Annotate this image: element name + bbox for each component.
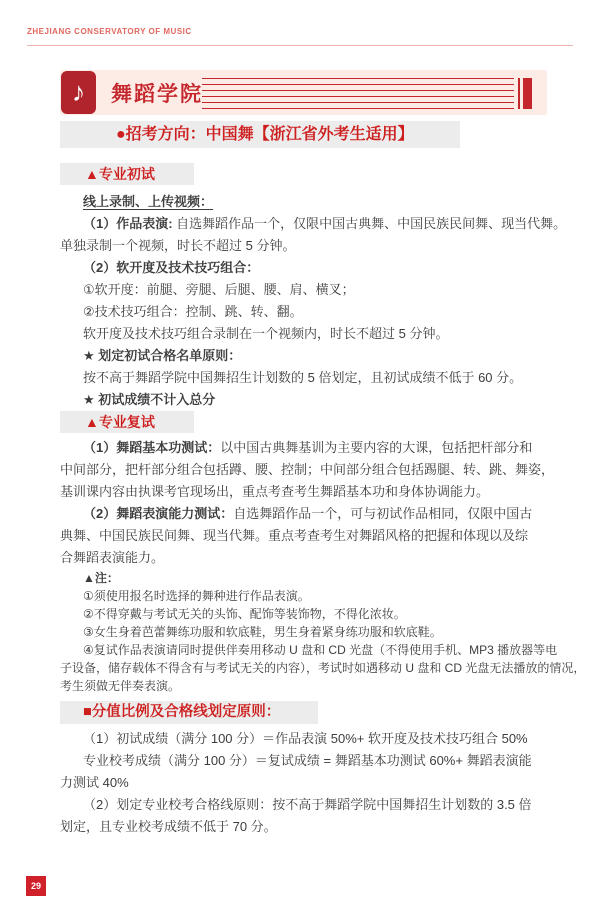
text-segment: ④复试作品表演请同时提供伴奏用移动 U 盘和 CD 光盘（不得使用手机、MP3 … [83, 643, 557, 657]
text-segment: 划定，且专业校考成绩不低于 70 分。 [60, 819, 277, 834]
text-line: 中间部分，把杆部分组合包括蹲、腰、控制；中间部分组合包括踢腿、转、跳、舞姿， [60, 459, 576, 481]
text-line: （1）作品表演: 自选舞蹈作品一个，仅限中国古典舞、中国民族民间舞、现当代舞。 [60, 213, 576, 235]
text-line: ①软开度：前腿、旁腿、后腿、腰、肩、横叉； [60, 279, 576, 301]
text-segment: （2）软开度及技术技巧组合： [83, 260, 259, 275]
text-line: 划定，且专业校考成绩不低于 70 分。 [60, 816, 576, 838]
text-segment: ①须使用报名时选择的舞种进行作品表演。 [83, 589, 310, 603]
text-segment: （2）划定专业校考合格线原则：按不高于舞蹈学院中国舞招生计划数的 3.5 倍 [83, 797, 532, 812]
page-number-badge: 29 [26, 876, 46, 896]
text-segment: （1）初试成绩（满分 100 分）＝作品表演 50%+ 软开度及技术技巧组合 5… [83, 731, 528, 746]
text-segment: 单独录制一个视频，时长不超过 5 分钟。 [60, 238, 295, 253]
text-segment: 考生须做无伴奏表演。 [60, 679, 180, 693]
text-line: ▲注： [60, 569, 576, 587]
section-heading: ▲专业复试 [60, 411, 194, 433]
text-segment: ②技术技巧组合：控制、跳、转、翻。 [83, 304, 303, 319]
text-line: 线上录制、上传视频： [60, 191, 576, 213]
text-segment: 合舞蹈表演能力。 [60, 550, 164, 565]
text-segment: 软开度及技术技巧组合录制在一个视频内，时长不超过 5 分钟。 [83, 326, 448, 341]
department-banner: ♪ 舞蹈学院 [60, 70, 547, 115]
header-divider [27, 45, 573, 46]
text-segment: 以中国古典舞基训为主要内容的大课，包括把杆部分和 [220, 440, 532, 455]
text-line: （2）软开度及技术技巧组合： [60, 257, 576, 279]
content-blocks: ●招考方向：中国舞【浙江省外考生适用】▲专业初试线上录制、上传视频： （1）作品… [60, 121, 576, 838]
section-heading: ■分值比例及合格线划定原则： [60, 701, 318, 724]
text-segment: ▲注： [83, 571, 119, 585]
text-line: 按不高于舞蹈学院中国舞招生计划数的 5 倍划定，且初试成绩不低于 60 分。 [60, 367, 576, 389]
text-segment: 典舞、中国民族民间舞、现当代舞。重点考查考生对舞蹈风格的把握和体现以及综 [60, 528, 528, 543]
text-line: 专业校考成绩（满分 100 分）＝复试成绩 = 舞蹈基本功测试 60%+ 舞蹈表… [60, 750, 576, 772]
text-line: ③女生身着芭蕾舞练功服和软底鞋，男生身着紧身练功服和软底鞋。 [60, 623, 576, 641]
text-line: ④复试作品表演请同时提供伴奏用移动 U 盘和 CD 光盘（不得使用手机、MP3 … [60, 641, 576, 659]
staff-lines-decoration [202, 78, 514, 109]
text-segment: ③女生身着芭蕾舞练功服和软底鞋，男生身着紧身练功服和软底鞋。 [83, 625, 442, 639]
text-line: 考生须做无伴奏表演。 [60, 677, 576, 695]
music-note-glyph: ♪ [61, 71, 96, 114]
text-segment: 自选舞蹈作品一个，仅限中国古典舞、中国民族民间舞、现当代舞。 [173, 216, 567, 231]
text-segment: 子设备，储存载体不得含有与考试无关的内容），考试时如遇移动 U 盘和 CD 光盘… [60, 661, 585, 675]
staff-thin-bar [518, 78, 520, 109]
text-segment: ①软开度：前腿、旁腿、后腿、腰、肩、横叉； [83, 282, 355, 297]
department-title: 舞蹈学院 [111, 78, 203, 108]
text-line: 力测试 40% [60, 772, 576, 794]
text-segment: ②不得穿戴与考试无关的头饰、配饰等装饰物，不得化浓妆。 [83, 607, 406, 621]
text-line: 单独录制一个视频，时长不超过 5 分钟。 [60, 235, 576, 257]
text-line: ②不得穿戴与考试无关的头饰、配饰等装饰物，不得化浓妆。 [60, 605, 576, 623]
text-segment: 专业校考成绩（满分 100 分）＝复试成绩 = 舞蹈基本功测试 60%+ 舞蹈表… [83, 753, 532, 768]
text-line: 合舞蹈表演能力。 [60, 547, 576, 569]
section-heading: ▲专业初试 [60, 163, 194, 185]
text-segment: ★ 初试成绩不计入总分 [83, 392, 215, 407]
text-segment: 力测试 40% [60, 775, 129, 790]
text-line: （1）舞蹈基本功测试：以中国古典舞基训为主要内容的大课，包括把杆部分和 [60, 437, 576, 459]
text-line: （1）初试成绩（满分 100 分）＝作品表演 50%+ 软开度及技术技巧组合 5… [60, 728, 576, 750]
text-segment: （1）作品表演: [83, 216, 173, 231]
staff-thick-bar [523, 78, 532, 109]
brand-text: ZHEJIANG CONSERVATORY OF MUSIC [27, 27, 192, 36]
text-line: ★ 初试成绩不计入总分 [60, 389, 576, 411]
text-line: 基训课内容由执课考官现场出，重点考查考生舞蹈基本功和身体协调能力。 [60, 481, 576, 503]
text-segment: ★ 划定初试合格名单原则： [83, 348, 241, 363]
text-line: 典舞、中国民族民间舞、现当代舞。重点考查考生对舞蹈风格的把握和体现以及综 [60, 525, 576, 547]
text-line: ①须使用报名时选择的舞种进行作品表演。 [60, 587, 576, 605]
text-segment: 基训课内容由执课考官现场出，重点考查考生舞蹈基本功和身体协调能力。 [60, 484, 489, 499]
text-line: （2）舞蹈表演能力测试：自选舞蹈作品一个，可与初试作品相同，仅限中国古 [60, 503, 576, 525]
text-segment: 自选舞蹈作品一个，可与初试作品相同，仅限中国古 [233, 506, 532, 521]
text-line: ★ 划定初试合格名单原则： [60, 345, 576, 367]
section-heading: ●招考方向：中国舞【浙江省外考生适用】 [60, 121, 460, 148]
text-segment: （2）舞蹈表演能力测试： [83, 506, 233, 521]
text-line: ②技术技巧组合：控制、跳、转、翻。 [60, 301, 576, 323]
text-line: 子设备，储存载体不得含有与考试无关的内容），考试时如遇移动 U 盘和 CD 光盘… [60, 659, 576, 677]
music-note-icon: ♪ [61, 71, 96, 114]
text-segment: 中间部分，把杆部分组合包括蹲、腰、控制；中间部分组合包括踢腿、转、跳、舞姿， [60, 462, 554, 477]
text-segment: （1）舞蹈基本功测试： [83, 440, 220, 455]
text-segment: 按不高于舞蹈学院中国舞招生计划数的 5 倍划定，且初试成绩不低于 60 分。 [83, 370, 522, 385]
text-line: （2）划定专业校考合格线原则：按不高于舞蹈学院中国舞招生计划数的 3.5 倍 [60, 794, 576, 816]
text-segment: 线上录制、上传视频： [83, 194, 213, 209]
text-line: 软开度及技术技巧组合录制在一个视频内，时长不超过 5 分钟。 [60, 323, 576, 345]
